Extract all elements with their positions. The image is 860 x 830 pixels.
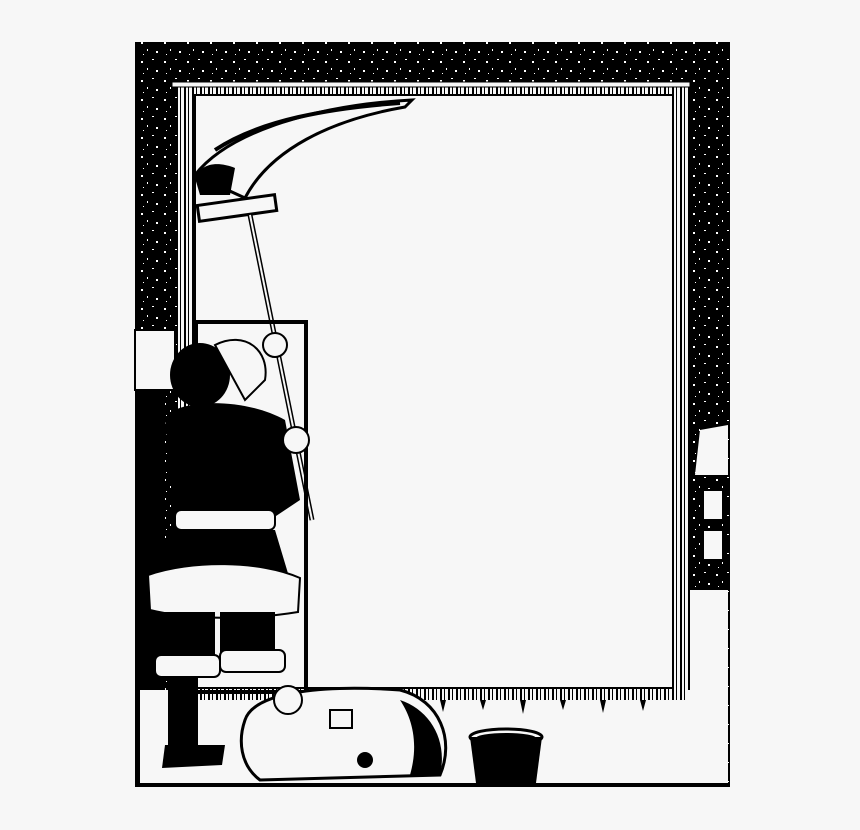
poster-frame-illustration xyxy=(0,0,860,830)
toy-sack xyxy=(241,686,445,780)
paste-bucket xyxy=(470,729,542,783)
